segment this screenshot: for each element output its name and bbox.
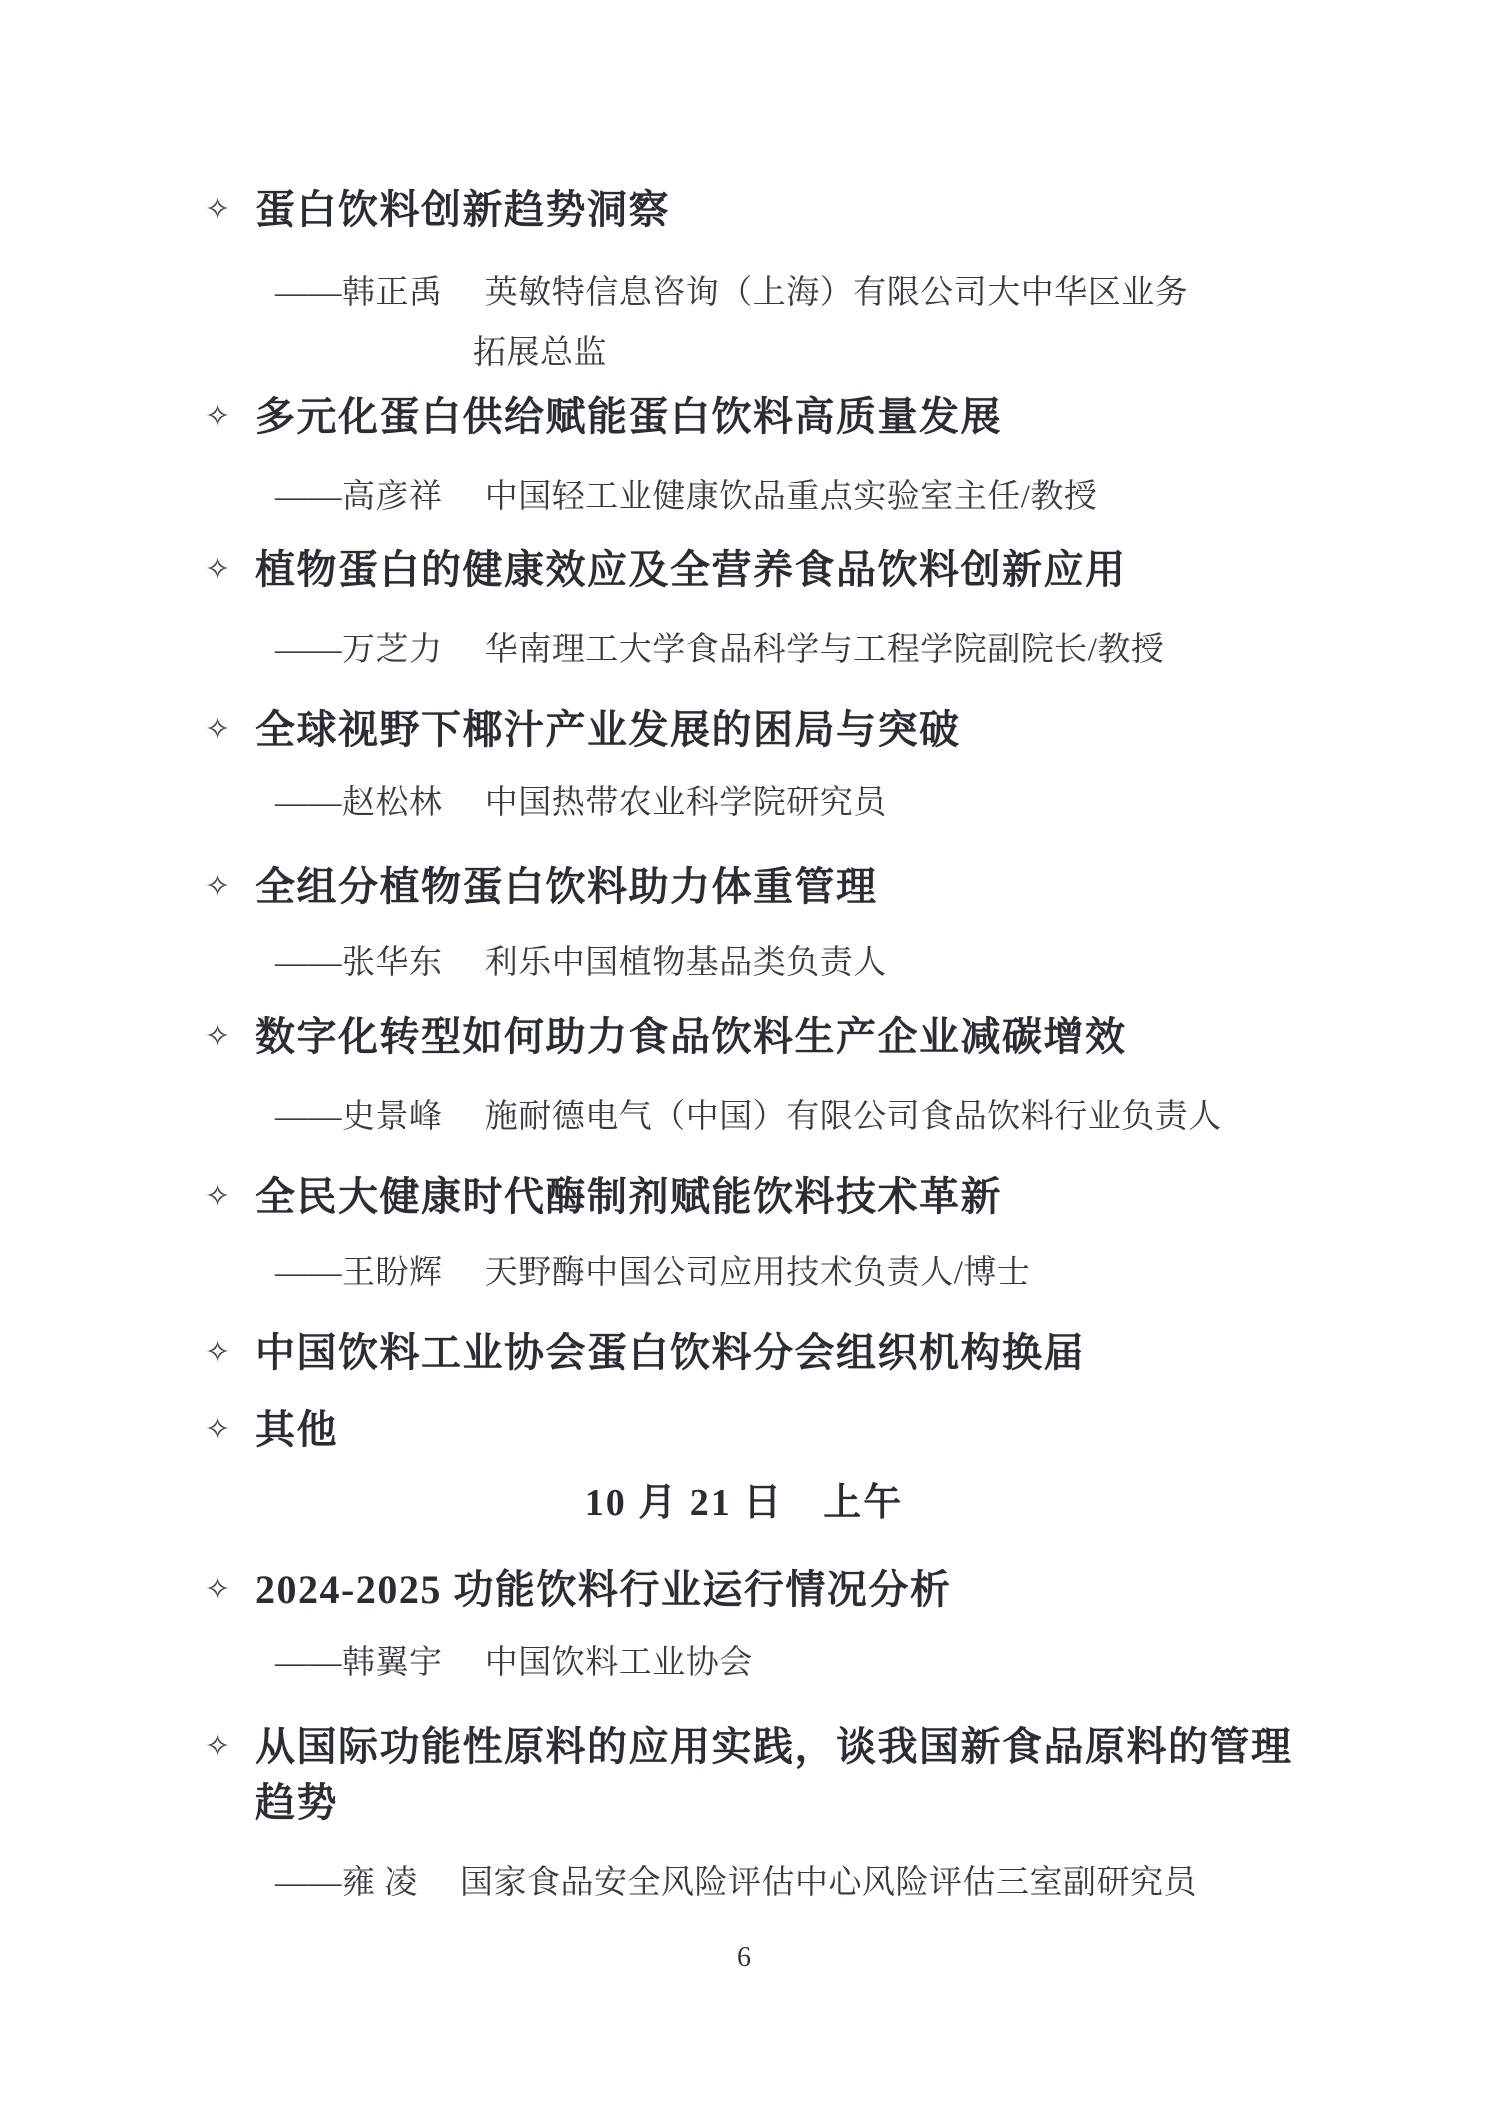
bullet-star-icon: ✧: [205, 859, 245, 915]
speaker-line: ——高彦祥 中国轻工业健康饮品重点实验室主任/教授: [275, 469, 1097, 525]
speaker-line: ——王盼辉 天野酶中国公司应用技术负责人/博士: [275, 1245, 1030, 1301]
bullet-star-icon: ✧: [205, 1169, 245, 1225]
speaker-line: ——万芝力 华南理工大学食品科学与工程学院副院长/教授: [275, 622, 1164, 678]
agenda-item-title: 从国际功能性原料的应用实践，谈我国新食品原料的管理: [255, 1719, 1293, 1775]
speaker-line: ——韩正禹 英敏特信息咨询（上海）有限公司大中华区业务: [275, 265, 1188, 321]
agenda-item-title: 其他: [255, 1402, 338, 1458]
bullet-star-icon: ✧: [205, 1562, 245, 1618]
session-date-heading: 10 月 21 日 上午: [0, 1475, 1488, 1531]
bullet-star-icon: ✧: [205, 182, 245, 238]
speaker-line: ——赵松林 中国热带农业科学院研究员: [275, 775, 887, 831]
agenda-item-title: 中国饮料工业协会蛋白饮料分会组织机构换届: [255, 1325, 1085, 1381]
agenda-item-title-continuation: 趋势: [255, 1775, 338, 1831]
speaker-line: ——雍 凌 国家食品安全风险评估中心风险评估三室副研究员: [275, 1855, 1197, 1911]
agenda-item-title: 全球视野下椰汁产业发展的困局与突破: [255, 702, 961, 758]
agenda-item-title: 蛋白饮料创新趋势洞察: [255, 182, 670, 238]
agenda-item-title: 数字化转型如何助力食品饮料生产企业减碳增效: [255, 1009, 1127, 1065]
agenda-item-title: 全组分植物蛋白饮料助力体重管理: [255, 859, 878, 915]
speaker-line: ——史景峰 施耐德电气（中国）有限公司食品饮料行业负责人: [275, 1089, 1222, 1145]
bullet-star-icon: ✧: [205, 1009, 245, 1065]
speaker-line-continuation: 拓展总监: [473, 325, 607, 381]
page-number: 6: [0, 1930, 1488, 1986]
agenda-item-title: 全民大健康时代酶制剂赋能饮料技术革新: [255, 1169, 1002, 1225]
speaker-line: ——韩翼宇 中国饮料工业协会: [275, 1635, 753, 1691]
agenda-page: ✧ 蛋白饮料创新趋势洞察 ——韩正禹 英敏特信息咨询（上海）有限公司大中华区业务…: [0, 0, 1488, 2104]
agenda-item-title: 2024-2025 功能饮料行业运行情况分析: [255, 1562, 951, 1618]
bullet-star-icon: ✧: [205, 702, 245, 758]
bullet-star-icon: ✧: [205, 389, 245, 445]
bullet-star-icon: ✧: [205, 1325, 245, 1381]
agenda-item-title: 植物蛋白的健康效应及全营养食品饮料创新应用: [255, 542, 1127, 598]
speaker-line: ——张华东 利乐中国植物基品类负责人: [275, 935, 887, 991]
agenda-item-title: 多元化蛋白供给赋能蛋白饮料高质量发展: [255, 389, 1002, 445]
bullet-star-icon: ✧: [205, 1402, 245, 1458]
bullet-star-icon: ✧: [205, 542, 245, 598]
bullet-star-icon: ✧: [205, 1719, 245, 1775]
